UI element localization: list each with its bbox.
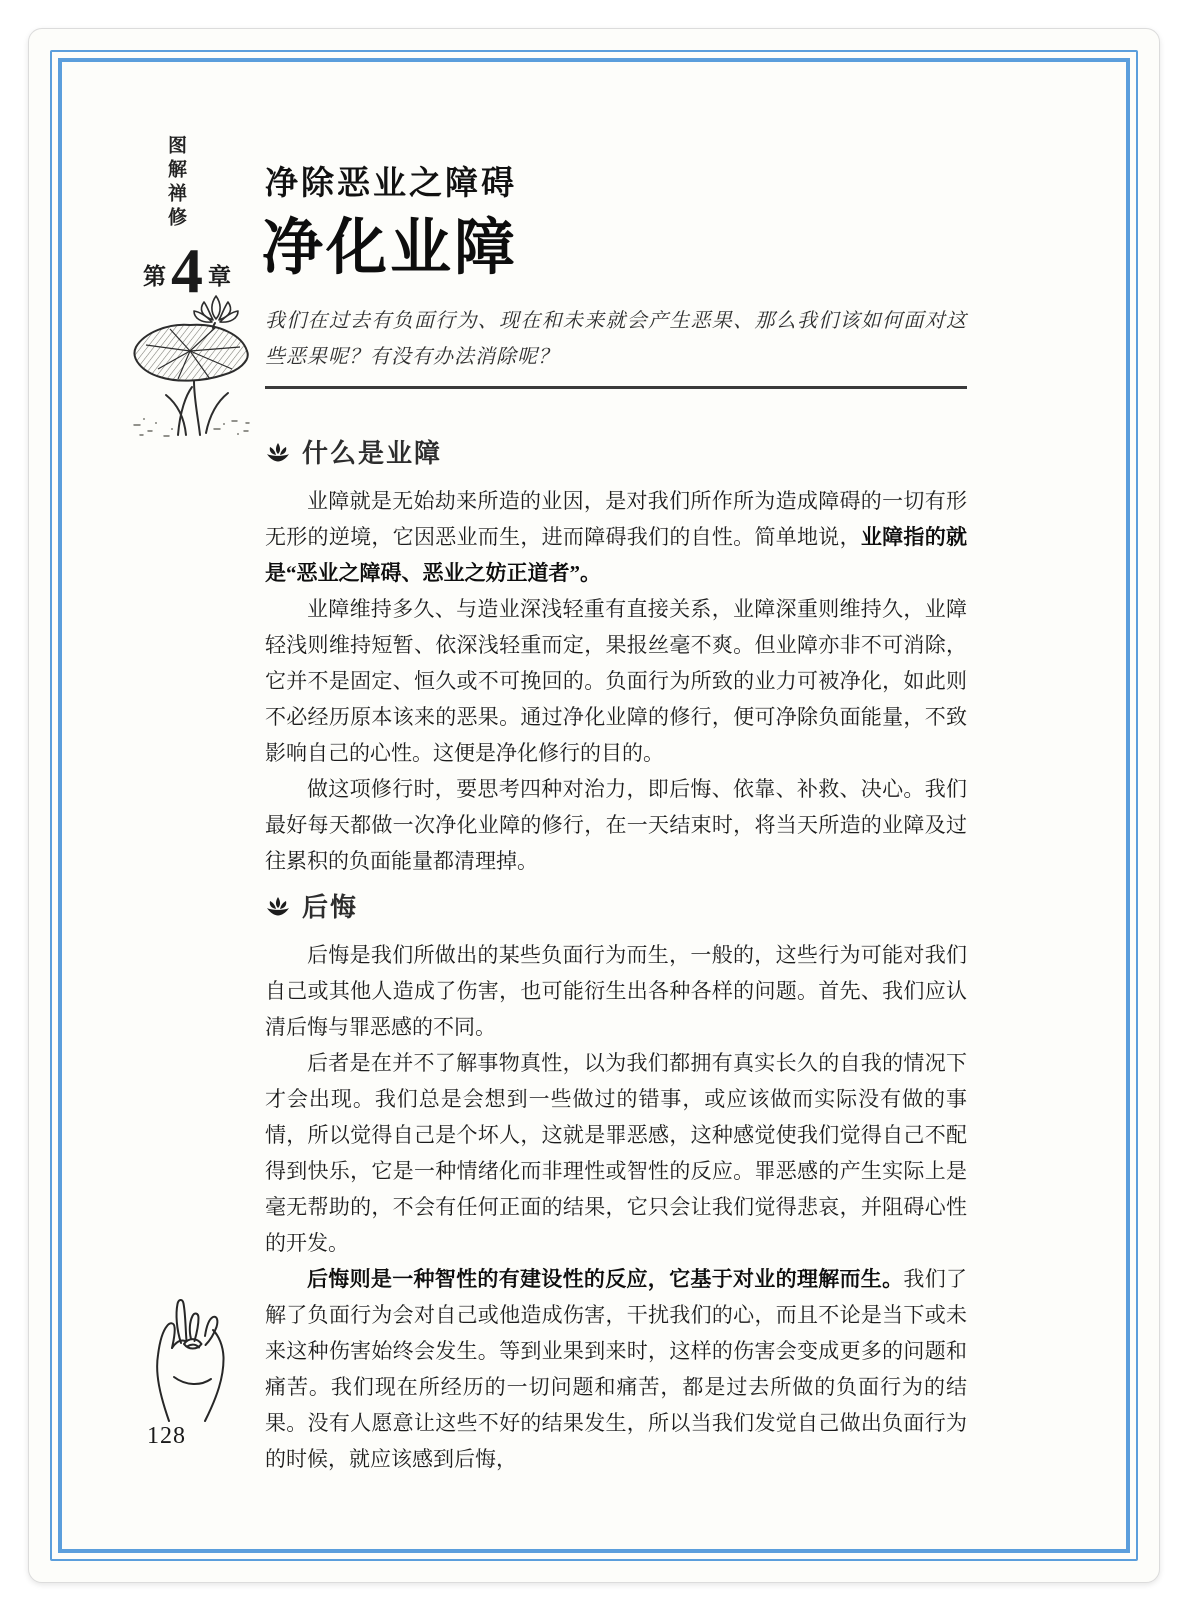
page-card: 图解禅修 第 4 章 <box>28 28 1160 1583</box>
paragraph: 后悔是我们所做出的某些负面行为而生，一般的，这些行为可能对我们自己或其他人造成了… <box>265 937 967 1045</box>
lotus-icon <box>265 442 291 462</box>
paragraph: 后者是在并不了解事物真性，以为我们都拥有真实长久的自我的情况下才会出现。我们总是… <box>265 1045 967 1261</box>
section-heading: 什么是业障 <box>265 433 967 470</box>
section-heading: 后悔 <box>265 887 967 924</box>
page-number: 128 <box>147 1423 186 1450</box>
mudra-hand-illustration <box>146 1281 238 1428</box>
section-heading-text: 什么是业障 <box>302 433 442 470</box>
page-title: 净化业障 <box>262 199 518 286</box>
header-divider <box>265 386 967 389</box>
series-title: 图解禅修 <box>162 135 189 231</box>
book-page: { "page": { "number": "128" }, "sidebar"… <box>0 0 1188 1611</box>
section-heading-text: 后悔 <box>302 887 358 924</box>
page-subtitle: 净除恶业之障碍 <box>265 157 517 204</box>
paragraph: 做这项修行时，要思考四种对治力，即后悔、依靠、补救、决心。我们最好每天都做一次净… <box>265 771 967 879</box>
section-what-is-karmic-obstruction: 什么是业障 业障就是无始劫来所造的业因，是对我们所作所为造成障碍的一切有形无形的… <box>265 433 967 879</box>
paragraph: 业障就是无始劫来所造的业因，是对我们所作所为造成障碍的一切有形无形的逆境，它因恶… <box>265 483 967 591</box>
paragraph: 业障维持多久、与造业深浅轻重有直接关系，业障深重则维持久，业障轻浅则维持短暂、依… <box>265 591 967 771</box>
lotus-icon <box>265 896 291 916</box>
lotus-illustration <box>126 293 260 444</box>
intro-text: 我们在过去有负面行为、现在和未来就会产生恶果、那么我们该如何面对这些恶果呢？有没… <box>265 303 967 375</box>
section-regret: 后悔 后悔是我们所做出的某些负面行为而生，一般的，这些行为可能对我们自己或其他人… <box>265 887 967 1477</box>
paragraph: 后悔则是一种智性的有建设性的反应，它基于对业的理解而生。我们了解了负面行为会对自… <box>265 1261 967 1477</box>
